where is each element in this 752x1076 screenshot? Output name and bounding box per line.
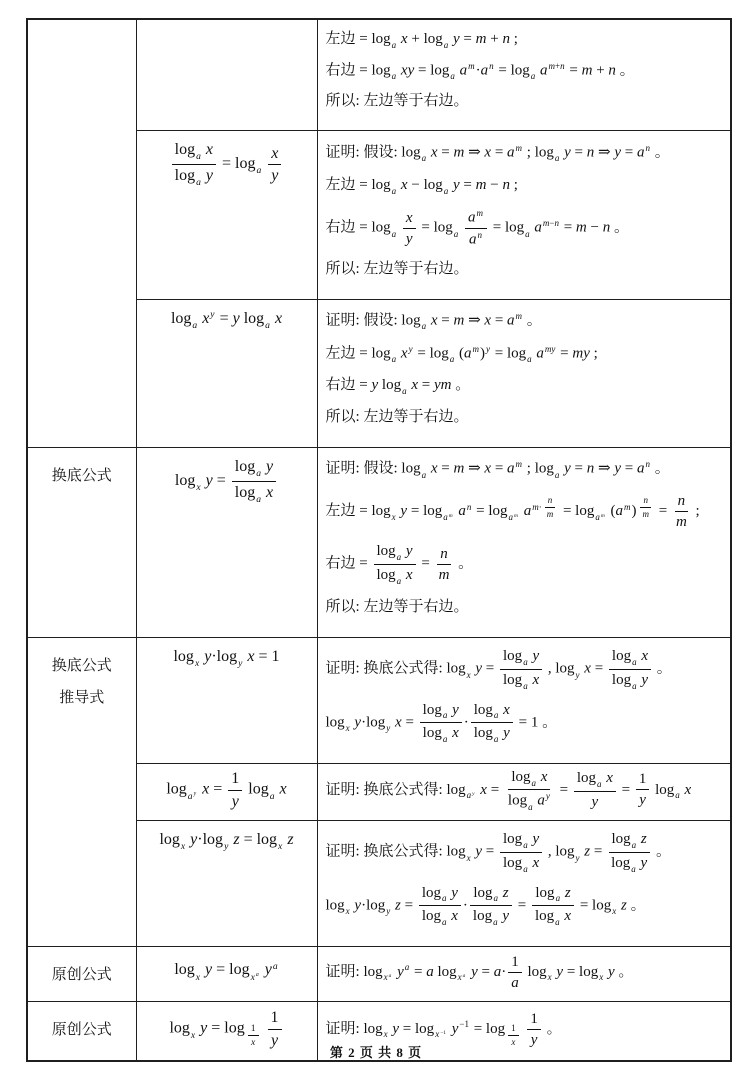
fraction: loga xy bbox=[574, 769, 616, 811]
proof-line: 所以: 左边等于右边。 bbox=[326, 92, 469, 111]
subscript: x bbox=[392, 512, 396, 522]
superscript: m bbox=[476, 208, 483, 218]
subscript: a bbox=[454, 229, 459, 239]
subscript: ay bbox=[467, 790, 476, 800]
superscript: m bbox=[514, 513, 518, 519]
subscript: a bbox=[555, 470, 560, 480]
fraction: nm bbox=[673, 492, 690, 531]
subscript: a bbox=[392, 229, 397, 239]
superscript: n bbox=[477, 230, 482, 240]
proof-cell: 证明: 换底公式得: logx y = loga yloga x , logy … bbox=[317, 821, 731, 947]
superscript: y bbox=[194, 791, 197, 797]
table-row: 左边 = loga x + loga y = m + n ;右边 = loga … bbox=[27, 19, 731, 131]
subscript: am bbox=[443, 512, 453, 522]
subscript: x bbox=[196, 972, 200, 983]
subscript: a bbox=[632, 840, 637, 850]
superscript: m+n bbox=[549, 61, 565, 71]
superscript: y bbox=[409, 344, 413, 354]
fraction: loga xloga y bbox=[609, 647, 651, 691]
proof-line: 证明: 假设: loga x = m ⇒ x = am ; loga y = n… bbox=[326, 143, 670, 165]
formula-cell: logx y = logxa ya bbox=[136, 947, 317, 1002]
subscript: a bbox=[494, 734, 499, 744]
subscript: a bbox=[422, 153, 427, 163]
subscript: a bbox=[270, 791, 275, 802]
superscript: m bbox=[624, 502, 631, 512]
subscript: x−1 bbox=[435, 1029, 447, 1039]
subscript: x bbox=[384, 1029, 388, 1039]
formula-wrap: logx y·logy x = 1 bbox=[137, 638, 317, 763]
fraction: loga yloga x bbox=[500, 647, 542, 691]
superscript: y bbox=[210, 309, 214, 320]
fraction: 1a bbox=[508, 953, 522, 992]
proof-cell: 证明: 假设: loga x = m ⇒ x = am ; loga y = n… bbox=[317, 448, 731, 638]
math-formula: loga xy = y loga x bbox=[171, 309, 282, 332]
proof-line: 右边 = loga yloga x = nm 。 bbox=[326, 542, 474, 586]
proof-line: 左边 = loga xy = loga (am)y = loga amy = m… bbox=[326, 344, 598, 366]
subscript: y bbox=[238, 658, 242, 669]
row-label: 原创公式 bbox=[28, 947, 136, 992]
subscript: x bbox=[548, 972, 552, 982]
subscript: a bbox=[494, 893, 499, 903]
math-formula: logx y·logy z = logx z bbox=[159, 830, 293, 853]
superscript: −1 bbox=[459, 1019, 469, 1029]
proof-line: 证明: logxa ya = a logxa y = a·1a logx y =… bbox=[326, 953, 634, 992]
proof-cell: 证明: logxa ya = a logxa y = a·1a logx y =… bbox=[317, 947, 731, 1002]
table-row: 原创公式logx y = logxa ya证明: logxa ya = a lo… bbox=[27, 947, 731, 1002]
subscript: a bbox=[555, 917, 560, 927]
proof-line: logx y·logy z = loga yloga x·loga zloga … bbox=[326, 884, 646, 928]
subscript: a bbox=[493, 917, 498, 927]
superscript: nm bbox=[637, 502, 654, 512]
subscript: a bbox=[532, 778, 537, 788]
document-page: 左边 = loga x + loga y = m + n ;右边 = loga … bbox=[0, 0, 752, 1076]
subscript: a bbox=[196, 151, 201, 162]
subscript: a bbox=[494, 710, 499, 720]
row-label-line: 推导式 bbox=[28, 683, 136, 715]
superscript: y bbox=[486, 344, 490, 354]
subscript: a bbox=[523, 864, 528, 874]
subscript: a bbox=[422, 470, 427, 480]
proof-lines: 证明: 换底公式得: logx y = loga yloga x , logy … bbox=[318, 821, 731, 937]
subscript: a bbox=[192, 320, 197, 331]
subscript: a bbox=[555, 153, 560, 163]
fraction: nm bbox=[544, 495, 557, 520]
subscript: ay bbox=[188, 791, 197, 802]
superscript: m bbox=[516, 459, 523, 469]
subscript: a bbox=[632, 657, 637, 667]
subscript: y bbox=[386, 723, 390, 733]
proof-line: 证明: 假设: loga x = m ⇒ x = am 。 bbox=[326, 311, 542, 333]
subscript: a bbox=[392, 186, 397, 196]
proof-line: 右边 = loga xy = loga aman = loga am−n = m… bbox=[326, 208, 630, 248]
subscript: x bbox=[599, 972, 603, 982]
proof-line: 证明: 换底公式得: logx y = loga yloga x , logy … bbox=[326, 647, 672, 691]
superscript: −1 bbox=[440, 1030, 446, 1036]
math-formula: logx y = loga yloga x bbox=[175, 457, 278, 506]
subscript: a bbox=[450, 354, 455, 364]
subscript: x bbox=[195, 658, 199, 669]
proof-cell: 证明: 换底公式得: logx y = loga yloga x , logy … bbox=[317, 638, 731, 764]
superscript: y bbox=[472, 791, 474, 797]
superscript: m bbox=[472, 344, 479, 354]
formula-wrap: loga xloga y = loga xy bbox=[137, 131, 317, 299]
subscript: y bbox=[576, 853, 580, 863]
subscript: x bbox=[612, 906, 616, 916]
proof-line: 所以: 左边等于右边。 bbox=[326, 408, 469, 427]
proof-line: 左边 = loga x − loga y = m − n ; bbox=[326, 176, 518, 197]
row-label: 原创公式 bbox=[28, 1002, 136, 1047]
fraction: 1y bbox=[636, 770, 650, 809]
superscript: a bbox=[389, 973, 392, 979]
subscript: xa bbox=[384, 972, 393, 982]
fraction: loga zloga y bbox=[470, 884, 512, 928]
superscript: m bbox=[468, 61, 475, 71]
subscript: a bbox=[402, 386, 407, 396]
subscript: a bbox=[527, 354, 532, 364]
superscript: a bbox=[405, 962, 410, 972]
fraction: loga zloga y bbox=[608, 830, 650, 874]
subscript: x bbox=[346, 906, 350, 916]
subscript: 1x bbox=[506, 1029, 521, 1039]
fraction: loga xloga ay bbox=[505, 768, 554, 813]
proof-line: 右边 = y loga x = ym 。 bbox=[326, 376, 471, 397]
proof-lines: 证明: 假设: loga x = m ⇒ x = am ; loga y = n… bbox=[318, 131, 731, 290]
proof-line: 左边 = logx y = logam an = logam am·nm = l… bbox=[326, 492, 700, 531]
subscript: a bbox=[392, 71, 397, 81]
fraction: loga yloga x bbox=[419, 884, 461, 928]
fraction: aman bbox=[465, 208, 487, 248]
subscript: x bbox=[346, 723, 350, 733]
page-footer: 第 2 页 共 8 页 bbox=[0, 1042, 752, 1061]
superscript: m bbox=[601, 513, 605, 519]
row-label-line: 原创公式 bbox=[28, 960, 136, 992]
subscript: a bbox=[256, 165, 261, 176]
proof-cell: 证明: 换底公式得: logay x = loga xloga ay = log… bbox=[317, 764, 731, 821]
subscript: x bbox=[278, 841, 282, 852]
superscript: m−n bbox=[543, 218, 559, 228]
subscript: a bbox=[523, 681, 528, 691]
table-row: 换底公式推导式logx y·logy x = 1证明: 换底公式得: logx … bbox=[27, 638, 731, 764]
subscript: a bbox=[597, 779, 602, 789]
proof-line: 证明: 假设: loga x = m ⇒ x = am ; loga y = n… bbox=[326, 459, 670, 481]
proof-lines: 证明: logxa ya = a logxa y = a·1a logx y =… bbox=[318, 947, 731, 997]
row-label-cell bbox=[27, 19, 136, 448]
subscript: a bbox=[256, 494, 261, 505]
fraction: loga xloga y bbox=[172, 140, 216, 189]
proof-line: 所以: 左边等于右边。 bbox=[326, 598, 469, 617]
row-label bbox=[28, 20, 136, 33]
subscript: am bbox=[595, 512, 605, 522]
superscript: m·nm bbox=[532, 502, 558, 512]
row-label-line: 换底公式 bbox=[28, 461, 136, 493]
subscript: a bbox=[397, 576, 402, 586]
row-label: 换底公式 bbox=[28, 448, 136, 493]
superscript: a bbox=[273, 961, 278, 972]
formula-cell: logx y = loga yloga x bbox=[136, 448, 317, 638]
subscript: a bbox=[196, 177, 201, 188]
formula-wrap: logx y = logxa ya bbox=[137, 947, 317, 997]
fraction: nm bbox=[639, 495, 652, 520]
fraction: loga xloga y bbox=[471, 701, 513, 745]
subscript: x bbox=[467, 670, 471, 680]
proof-lines: 证明: 假设: loga x = m ⇒ x = am 。左边 = loga x… bbox=[318, 300, 731, 438]
superscript: n bbox=[489, 61, 494, 71]
fraction: xy bbox=[403, 209, 416, 248]
subscript: x bbox=[196, 482, 200, 493]
subscript: y bbox=[576, 670, 580, 680]
subscript: a bbox=[675, 790, 680, 800]
formula-wrap: loga xy = y loga x bbox=[137, 300, 317, 447]
subscript: xa bbox=[251, 972, 260, 983]
subscript: y bbox=[386, 906, 390, 916]
superscript: m bbox=[449, 513, 453, 519]
superscript: y bbox=[546, 791, 550, 801]
proof-lines: 证明: 换底公式得: logay x = loga xloga ay = log… bbox=[318, 764, 731, 816]
subscript: a bbox=[531, 71, 536, 81]
proof-cell: 证明: 假设: loga x = m ⇒ x = am 。左边 = loga x… bbox=[317, 300, 731, 448]
formula-table: 左边 = loga x + loga y = m + n ;右边 = loga … bbox=[26, 18, 732, 1062]
formula-wrap bbox=[137, 20, 317, 130]
proof-cell: 证明: 假设: loga x = m ⇒ x = am ; loga y = n… bbox=[317, 131, 731, 300]
subscript: 1x bbox=[246, 1030, 261, 1041]
row-label: 换底公式推导式 bbox=[28, 638, 136, 714]
subscript: a bbox=[256, 468, 261, 479]
proof-line: logx y·logy x = loga yloga x·loga xloga … bbox=[326, 701, 558, 745]
subscript: a bbox=[556, 893, 561, 903]
subscript: a bbox=[444, 186, 449, 196]
math-formula: logx y = logxa ya bbox=[174, 960, 278, 983]
formula-wrap: logay x = 1y loga x bbox=[137, 764, 317, 816]
superscript: m bbox=[516, 311, 523, 321]
subscript: x bbox=[467, 853, 471, 863]
subscript: a bbox=[525, 229, 530, 239]
fraction: 1y bbox=[228, 769, 242, 810]
subscript: xa bbox=[458, 972, 467, 982]
math-formula: loga xloga y = loga xy bbox=[170, 140, 284, 189]
subscript: a bbox=[422, 321, 427, 331]
subscript: x bbox=[181, 841, 185, 852]
proof-line: 所以: 左边等于右边。 bbox=[326, 260, 469, 279]
subscript: a bbox=[442, 917, 447, 927]
subscript: a bbox=[632, 681, 637, 691]
formula-cell bbox=[136, 19, 317, 131]
fraction: xy bbox=[268, 144, 281, 185]
superscript: a bbox=[256, 972, 259, 978]
subscript: a bbox=[523, 657, 528, 667]
fraction: loga yloga x bbox=[232, 457, 276, 506]
subscript: a bbox=[444, 40, 449, 50]
fraction: loga yloga x bbox=[374, 542, 416, 586]
subscript: a bbox=[450, 71, 455, 81]
proof-line: 右边 = loga xy = loga am·an = loga am+n = … bbox=[326, 61, 635, 83]
superscript: n bbox=[467, 502, 472, 512]
row-label-cell: 换底公式推导式 bbox=[27, 638, 136, 947]
formula-wrap: logx y = loga yloga x bbox=[137, 448, 317, 637]
superscript: n bbox=[645, 459, 650, 469]
subscript: a bbox=[265, 320, 270, 331]
table-body: 左边 = loga x + loga y = m + n ;右边 = loga … bbox=[27, 19, 731, 1061]
fraction: nm bbox=[436, 545, 453, 584]
fraction: loga yloga x bbox=[500, 830, 542, 874]
proof-line: 证明: 换底公式得: logay x = loga xloga ay = log… bbox=[326, 768, 692, 813]
proof-line: 证明: 换底公式得: logx y = loga yloga x , logy … bbox=[326, 830, 671, 874]
subscript: a bbox=[392, 40, 397, 50]
subscript: a bbox=[631, 864, 636, 874]
math-formula: logx y·logy x = 1 bbox=[173, 647, 279, 670]
subscript: x bbox=[191, 1030, 195, 1041]
subscript: a bbox=[443, 734, 448, 744]
formula-cell: loga xloga y = loga xy bbox=[136, 131, 317, 300]
superscript: my bbox=[545, 344, 556, 354]
superscript: n bbox=[645, 143, 650, 153]
row-label-line: 换底公式 bbox=[28, 651, 136, 683]
subscript: a bbox=[392, 354, 397, 364]
fraction: loga zloga x bbox=[532, 884, 574, 928]
fraction: loga yloga x bbox=[420, 701, 462, 745]
superscript: a bbox=[463, 973, 466, 979]
formula-wrap: logx y·logy z = logx z bbox=[137, 821, 317, 946]
row-label-cell: 原创公式 bbox=[27, 947, 136, 1002]
proof-lines: 证明: 换底公式得: logx y = loga yloga x , logy … bbox=[318, 638, 731, 754]
math-formula: logay x = 1y loga x bbox=[166, 769, 286, 810]
superscript: m bbox=[516, 143, 523, 153]
formula-cell: logx y·logy z = logx z bbox=[136, 821, 317, 947]
subscript: a bbox=[397, 552, 402, 562]
subscript: a bbox=[523, 840, 528, 850]
subscript: am bbox=[509, 512, 519, 522]
table-row: 换底公式logx y = loga yloga x证明: 假设: loga x … bbox=[27, 448, 731, 638]
proof-cell: 左边 = loga x + loga y = m + n ;右边 = loga … bbox=[317, 19, 731, 131]
subscript: a bbox=[528, 802, 533, 812]
proof-lines: 左边 = loga x + loga y = m + n ;右边 = loga … bbox=[318, 20, 731, 121]
proof-lines: 证明: 假设: loga x = m ⇒ x = am ; loga y = n… bbox=[318, 448, 731, 628]
subscript: a bbox=[443, 710, 448, 720]
row-label-cell: 换底公式 bbox=[27, 448, 136, 638]
proof-line: 左边 = loga x + loga y = m + n ; bbox=[326, 30, 518, 51]
subscript: a bbox=[442, 893, 447, 903]
formula-cell: loga xy = y loga x bbox=[136, 300, 317, 448]
formula-cell: logx y·logy x = 1 bbox=[136, 638, 317, 764]
subscript: y bbox=[224, 841, 228, 852]
formula-cell: logay x = 1y loga x bbox=[136, 764, 317, 821]
